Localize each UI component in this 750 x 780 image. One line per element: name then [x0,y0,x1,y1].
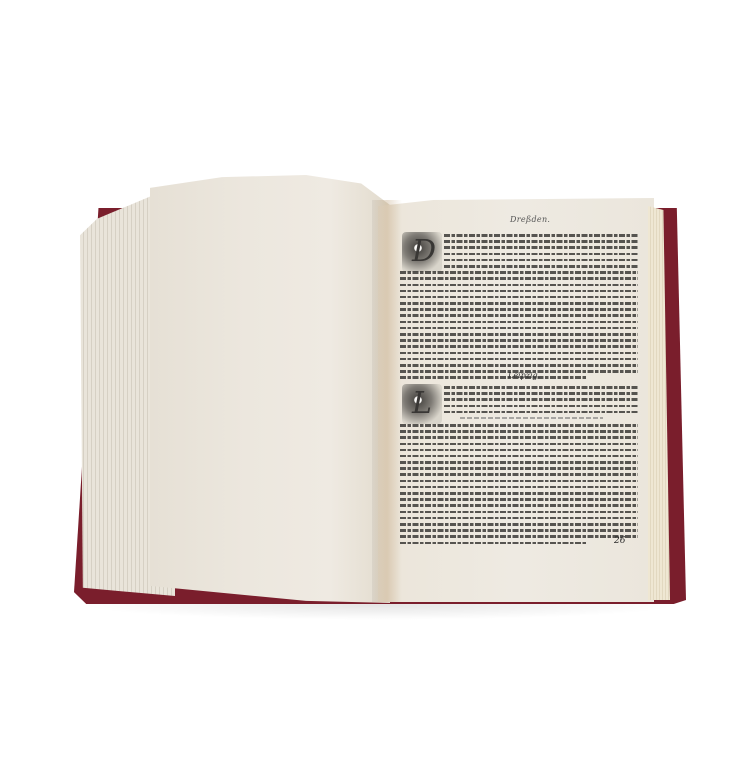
section-text-dresden [400,234,638,383]
book-photo: Dreßden. D Leipzig. L 26 [0,0,750,780]
page-number: 26 [614,536,625,546]
section-title-leipzig: Leipzig. [508,371,540,380]
left-page-blank [150,175,390,603]
book-gutter [372,200,402,602]
section-text-leipzig [400,386,638,548]
running-header: Dreßden. [510,215,550,224]
